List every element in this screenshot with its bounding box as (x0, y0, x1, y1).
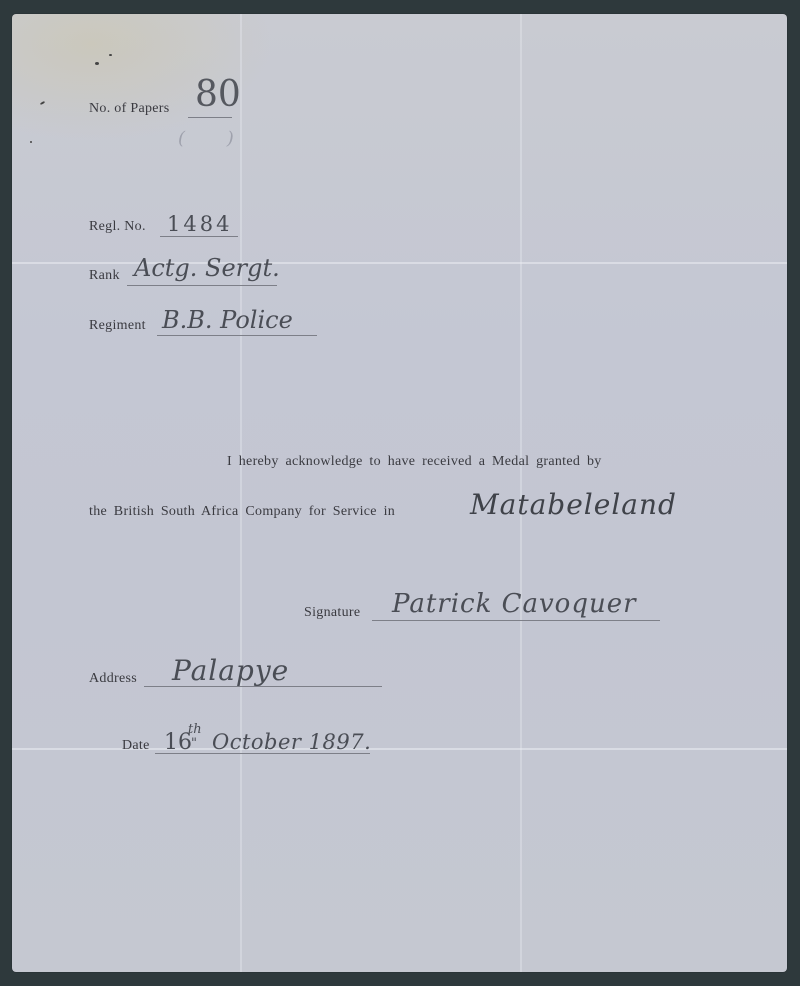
date-ditto: " (191, 736, 197, 751)
ink-speck (30, 141, 32, 143)
regiment-label: Regiment (89, 318, 146, 334)
papers-underline (188, 117, 232, 118)
papers-value: 80 (195, 74, 241, 115)
ink-speck (40, 101, 45, 105)
fold-line (12, 262, 787, 264)
ink-speck (109, 54, 112, 56)
regl-no-underline (160, 236, 238, 237)
service-location-value: Matabeleland (470, 488, 677, 521)
pencil-note: ( ) (178, 128, 252, 149)
ink-speck (95, 62, 99, 65)
rank-label: Rank (89, 268, 120, 284)
address-value: Palapye (172, 654, 289, 687)
signature-value: Patrick Cavoquer (392, 589, 637, 619)
acknowledgement-line-2: the British South Africa Company for Ser… (89, 504, 395, 520)
acknowledgement-line-1: I hereby acknowledge to have received a … (227, 454, 602, 470)
regiment-underline (157, 335, 317, 336)
regl-no-label: Regl. No. (89, 219, 146, 235)
fold-line (240, 14, 242, 972)
date-month-year: October 1897. (212, 730, 371, 754)
date-suffix: th (188, 722, 202, 737)
document-paper: No. of Papers 80 ( ) Regl. No. 1484 Rank… (12, 14, 787, 972)
signature-underline (372, 620, 660, 621)
address-label: Address (89, 671, 137, 687)
rank-underline (127, 285, 277, 286)
date-label: Date (122, 738, 150, 754)
regiment-value: B.B. Police (162, 306, 293, 334)
rank-value: Actg. Sergt. (134, 254, 280, 282)
regl-no-value: 1484 (167, 212, 232, 236)
signature-label: Signature (304, 605, 360, 621)
papers-label: No. of Papers (89, 101, 170, 117)
